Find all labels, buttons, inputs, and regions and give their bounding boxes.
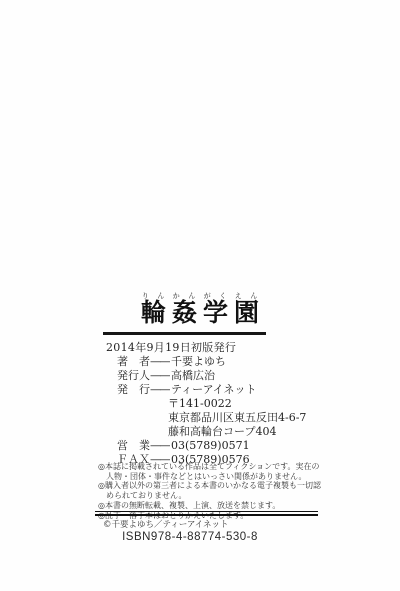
title-furigana: えん xyxy=(231,292,262,300)
publisher-person-label: 発行人 xyxy=(117,369,150,383)
title-furigana: りん xyxy=(138,292,169,300)
isbn-number: ISBN978-4-88774-530-8 xyxy=(0,531,380,543)
title-kanji: 園 xyxy=(234,298,259,327)
publication-info: 著 者——千要よゆち 発行人——高橋広治 発 行——ティーアイネット 〒141-… xyxy=(117,355,377,467)
publisher-person-name: 高橋広治 xyxy=(171,369,215,382)
leader-dash: —— xyxy=(150,439,169,452)
book-title: 輪りん姦かん学がく園えん xyxy=(0,292,400,329)
address-line-1: 東京都品川区東五反田4-6-7 xyxy=(168,411,377,425)
leader-dash: —— xyxy=(150,383,169,396)
reproduction-ban-notice: ◎本書の無断転載、複製、上演、放送を禁じます。 xyxy=(98,501,324,511)
colophon-page: 輪りん姦かん学がく園えん 2014年9月19日初版発行 著 者——千要よゆち 発… xyxy=(0,0,400,591)
title-kanji: 姦 xyxy=(172,298,197,327)
author-name: 千要よゆち xyxy=(171,355,226,368)
publisher-person-row: 発行人——高橋広治 xyxy=(117,369,377,383)
title-kanji: 学 xyxy=(203,298,228,327)
title-furigana: がく xyxy=(200,292,231,300)
publisher-row: 発 行——ティーアイネット xyxy=(117,383,377,397)
electronic-copy-notice: ◎購入者以外の第三者による本書のいかなる電子複製も一切認められておりません。 xyxy=(98,481,324,500)
book-title-ruby: 輪りん姦かん学がく園えん xyxy=(138,298,262,327)
address-line-2: 藤和高輪台コープ404 xyxy=(168,425,377,439)
title-underline xyxy=(103,332,266,335)
title-kanji: 輪 xyxy=(141,298,166,327)
publisher-label: 発 行 xyxy=(117,383,150,397)
edition-date: 2014年9月19日初版発行 xyxy=(106,339,236,355)
leader-dash: —— xyxy=(150,355,169,368)
sales-phone-row: 営 業——03(5789)0571 xyxy=(117,439,377,453)
author-label: 著 者 xyxy=(117,355,150,369)
leader-dash: —— xyxy=(150,369,169,382)
title-furigana: かん xyxy=(169,292,200,300)
author-row: 著 者——千要よゆち xyxy=(117,355,377,369)
copyright-line: ©千要よゆち／ティーアイネット xyxy=(103,518,229,530)
sales-label: 営 業 xyxy=(117,439,150,453)
sales-phone-number: 03(5789)0571 xyxy=(171,439,250,452)
bottom-double-rule xyxy=(95,511,318,516)
publisher-name: ティーアイネット xyxy=(171,383,256,396)
postal-code: 〒141-0022 xyxy=(168,397,377,411)
fiction-disclaimer: ◎本誌に掲載されている作品は全てフィクションです。実在の人物・団体・事件などとは… xyxy=(98,462,324,481)
